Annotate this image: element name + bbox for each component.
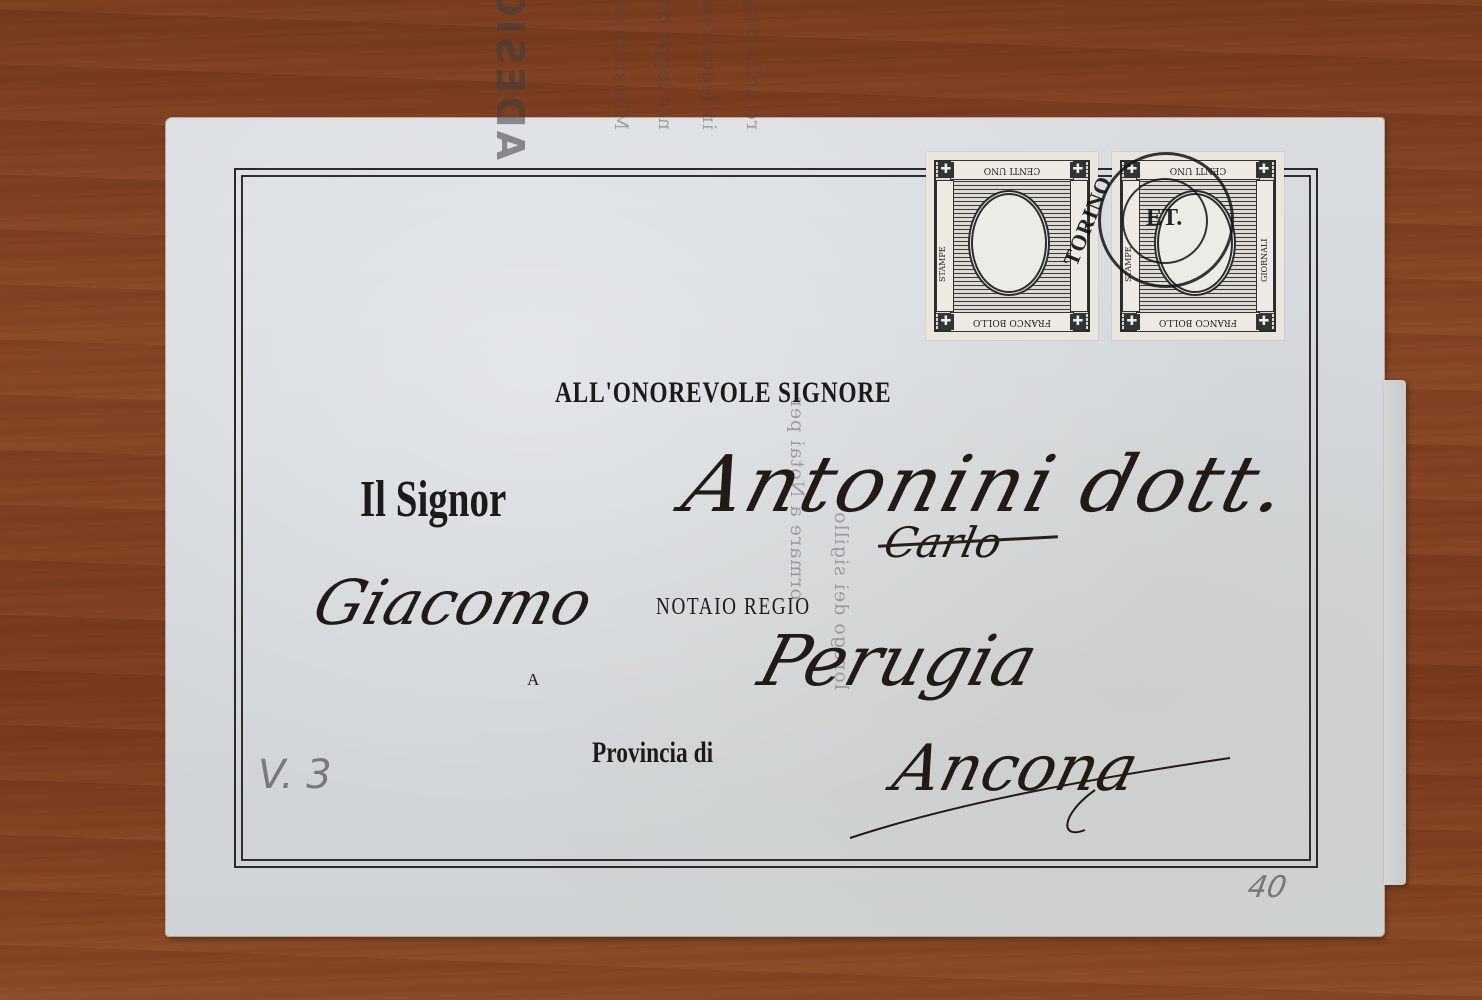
stamp-bottom-label: FRANCO BOLLO — [950, 312, 1074, 332]
stamp-right-label: GIORNALI — [1260, 239, 1269, 282]
savoy-cross-icon: ✚ — [938, 314, 954, 330]
savoy-cross-icon: ✚ — [1070, 162, 1086, 178]
pencil-note-bottom-right: 40 — [1245, 870, 1289, 905]
embossed-crest-icon — [968, 190, 1050, 296]
postmark-code: ET. — [1146, 205, 1182, 232]
savoy-cross-icon: ✚ — [1070, 314, 1086, 330]
savoy-cross-icon: ✚ — [1124, 314, 1140, 330]
savoy-cross-icon: ✚ — [1256, 314, 1272, 330]
savoy-cross-icon: ✚ — [938, 162, 954, 178]
pencil-note-left: V. 3 — [258, 752, 332, 798]
savoy-cross-icon: ✚ — [1256, 162, 1272, 178]
stamp-left-label: STAMPE — [938, 246, 947, 282]
stamp-bottom-label: FRANCO BOLLO — [1136, 312, 1260, 332]
stamp-top-label: CENTI UNO — [950, 160, 1074, 180]
